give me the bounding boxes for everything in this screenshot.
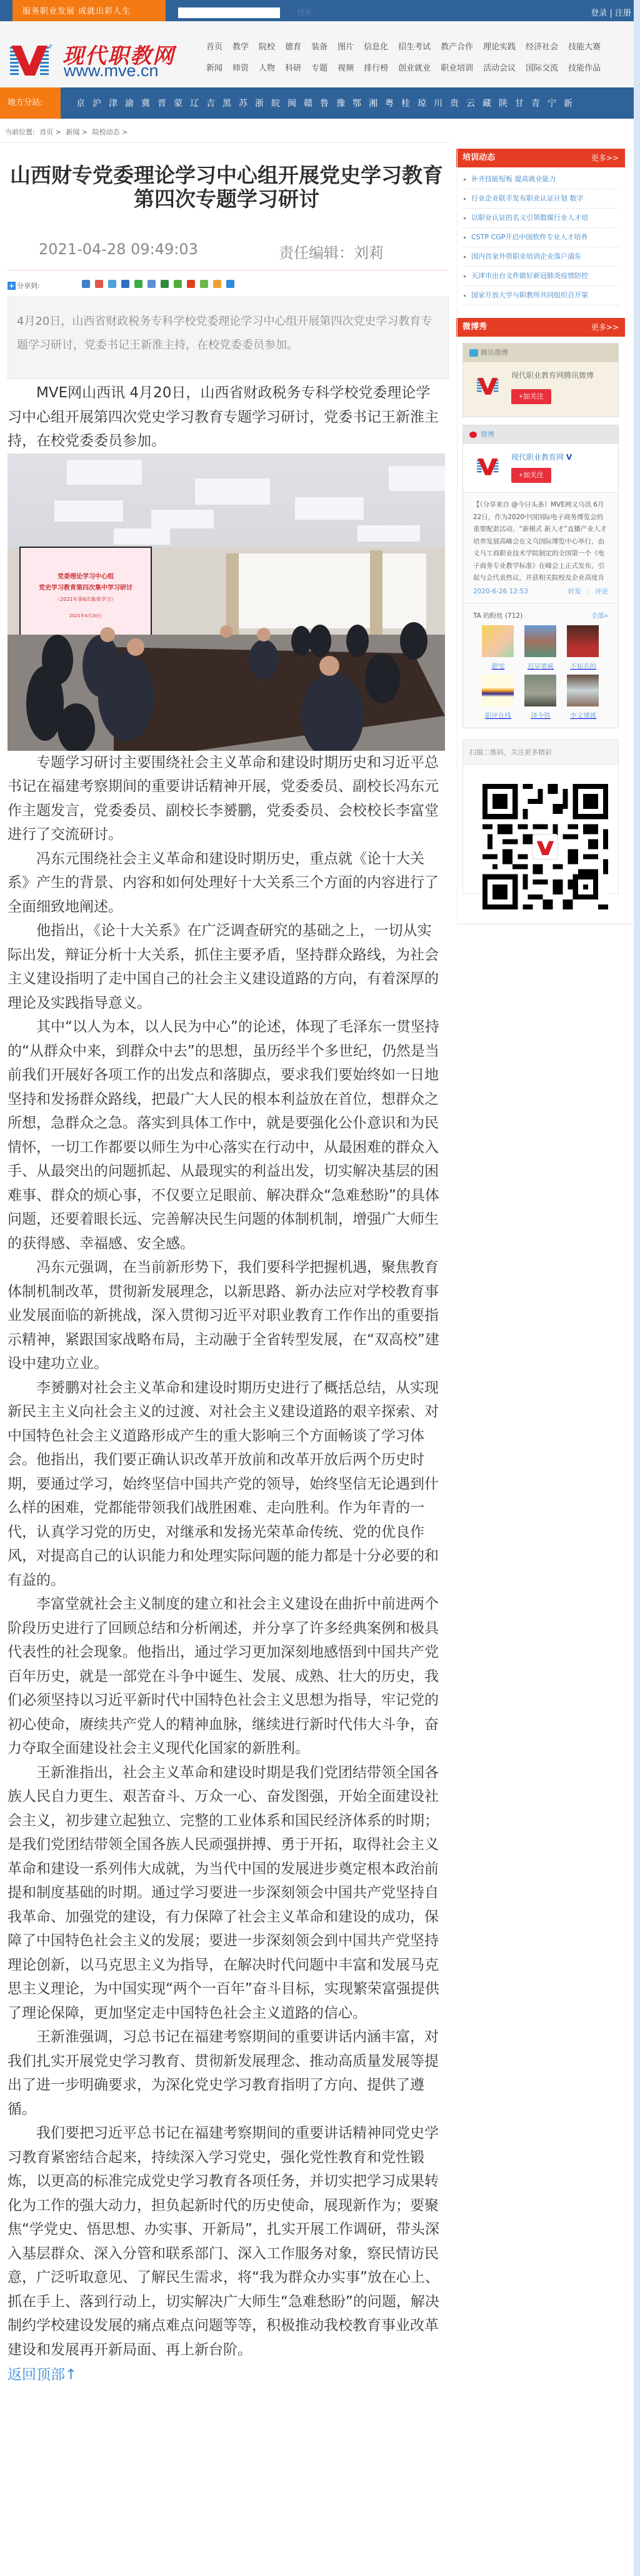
sina-weibo-head: 微博 [463, 425, 618, 444]
breadcrumb-home[interactable]: 首页 [39, 128, 53, 136]
region-link[interactable]: 渝 [125, 97, 134, 109]
fan-name: 迟早要疯 [527, 663, 554, 670]
fan-item[interactable]: 迟早要疯 [524, 625, 557, 671]
article-paragraph: 冯东元围绕社会主义革命和建设时期历史，重点就《论十大关系》产生的背景、内容和如何… [7, 847, 442, 919]
article-paragraph: 专题学习研讨主要围绕社会主义革命和建设时期历史和习近平总书记在福建考察期间的重要… [7, 751, 442, 847]
region-link[interactable]: 苏 [239, 97, 247, 109]
fan-avatar [524, 625, 556, 657]
nav-item[interactable]: 教产合作 [441, 40, 473, 57]
mve-logo-icon [477, 455, 502, 477]
region-link[interactable]: 京 [76, 97, 85, 109]
nav-item[interactable]: 人物 [259, 61, 275, 79]
fan-avatar [482, 625, 514, 657]
training-header: 培训动态 更多>> [456, 149, 625, 167]
search-button[interactable]: 搜索 [297, 7, 312, 17]
auth-links: 登录 | 注册 [591, 6, 631, 18]
qr-box: 扫描二维码，关注更多精彩 [462, 740, 619, 894]
fans-header: TA 的粉丝 (712) 全部» [473, 611, 608, 620]
tieba-share-icon[interactable] [147, 280, 156, 288]
nav-item[interactable]: 招生考试 [398, 40, 431, 57]
divider [0, 142, 450, 143]
nav-item[interactable]: 装备 [311, 40, 327, 57]
kaixin-share-icon[interactable] [174, 280, 182, 288]
nav-row-1: 首页 教学 院校 德育 装备 图片 信息化 招生考试 教产合作 理论实践 经济社… [206, 40, 637, 57]
slogan: 服务职业发展 成就出彩人生 [12, 0, 166, 24]
region-link[interactable]: 豫 [336, 97, 345, 109]
tianya-share-icon[interactable] [187, 280, 195, 288]
nav-item[interactable]: 理论实践 [483, 40, 516, 57]
region-link[interactable]: 辽 [190, 97, 199, 109]
region-link[interactable]: 贵 [450, 97, 459, 109]
wechat-share-icon[interactable] [134, 280, 142, 288]
login-link[interactable]: 登录 [591, 9, 607, 18]
region-link[interactable]: 冀 [141, 97, 150, 109]
fan-name: 不知名的 [570, 663, 596, 670]
nav-item[interactable]: 教学 [232, 40, 249, 57]
nav-item[interactable]: 排行榜 [364, 61, 388, 79]
screen-text: 党委理论学习中心组 [57, 572, 114, 580]
training-item[interactable]: 补齐技能短板 提高就业能力 [462, 170, 619, 189]
tencent-weibo-share-icon[interactable] [108, 280, 116, 288]
weibo-post-footer: 2020-6-26 12:53 转发 | 评论 [473, 586, 608, 598]
qr-body [463, 765, 618, 893]
fan-item[interactable]: 职评在线 [482, 675, 514, 720]
training-item[interactable]: 行业企业联手发布职业认证计划 数字 [462, 189, 619, 209]
nav-item[interactable]: 师资 [232, 61, 249, 79]
weibo-share-icon[interactable] [95, 280, 103, 288]
training-item[interactable]: CSTP CGP开启中国软件专业人才培养 [462, 228, 619, 247]
region-link[interactable]: 藏 [482, 97, 491, 109]
fan-avatar [567, 675, 599, 706]
tencent-weibo-platform: 腾讯微博 [481, 344, 508, 362]
region-link[interactable]: 津 [109, 97, 117, 109]
more-share-icon[interactable] [226, 280, 234, 288]
tencent-weibo-card: 腾讯微博 现代职业教育网腾讯微博 +加关注 [462, 343, 619, 417]
register-link[interactable]: 注册 [615, 9, 631, 18]
region-link[interactable]: 甘 [515, 97, 524, 109]
region-link[interactable]: 陕 [499, 97, 507, 109]
logo-m-icon: e [10, 42, 55, 76]
sina-account-name-text: 现代职业教育网 [511, 453, 564, 462]
region-list: 京沪津渝冀晋蒙辽吉黑苏浙皖闽赣鲁豫鄂湘粤桂琼川贵云藏陕甘青宁新 [76, 87, 580, 119]
nav-row-2: 新闻 师资 人物 科研 专题 视频 排行榜 创业就业 职业培训 活动会议 国际交… [206, 61, 637, 79]
fans-all-link[interactable]: 全部» [591, 611, 608, 620]
region-link[interactable]: 新 [564, 97, 572, 109]
tencent-weibo-icon [469, 349, 478, 357]
share-label: 分享到: [17, 280, 40, 290]
training-item[interactable]: 以职业认证的名义引领数媒行业人才培 [462, 209, 619, 228]
fan-item[interactable]: 李文博就 [567, 675, 599, 720]
article-lead: MVE网山西讯 4月20日，山西省财政税务专科学校党委理论学习中心组开展第四次党… [7, 381, 442, 453]
fan-avatar [524, 675, 556, 706]
region-link[interactable]: 蒙 [174, 97, 182, 109]
fans-grid: 肥雯 迟早要疯 不知名的 [473, 625, 608, 720]
weibo-more-link[interactable]: 更多>> [591, 318, 619, 337]
training-item[interactable]: 天津市出台文件做好新冠肺炎疫情防控 [462, 267, 619, 286]
tencent-follow-button[interactable]: +加关注 [511, 389, 551, 404]
region-link[interactable]: 浙 [255, 97, 264, 109]
region-link[interactable]: 青 [531, 97, 540, 109]
qr-caption: 扫描二维码，关注更多精彩 [463, 740, 618, 765]
region-link[interactable]: 粤 [385, 97, 394, 109]
sina-account-name[interactable]: 现代职业教育网 V [511, 452, 572, 462]
publish-date: 2021-04-28 09:49:03 [39, 240, 198, 258]
breadcrumb-sep: > [56, 128, 61, 136]
auth-separator: | [609, 9, 612, 18]
nav-item[interactable]: 信息化 [364, 40, 388, 57]
svg-text:e: e [49, 42, 52, 50]
nav-item[interactable]: 活动会议 [483, 61, 516, 79]
nav-item[interactable]: 国际交流 [526, 61, 558, 79]
region-link[interactable]: 琼 [417, 97, 426, 109]
sina-weibo-icon [469, 432, 477, 438]
tencent-account-name[interactable]: 现代职业教育网腾讯微博 [511, 370, 594, 380]
share-bar: + 分享到: [7, 280, 40, 291]
nav-item[interactable]: 经济社会 [526, 40, 558, 57]
main-nav: 首页 教学 院校 德育 装备 图片 信息化 招生考试 教产合作 理论实践 经济社… [206, 40, 637, 82]
article-summary: 4月20日，山西省财政税务专科学校党委理论学习中心组开展第四次党史学习教育专题学… [7, 297, 449, 379]
breadcrumb: 当前位置: 首页 > 新闻 > 院校动态 > [5, 127, 130, 137]
qq-share-icon[interactable] [213, 280, 221, 288]
region-link[interactable]: 黑 [222, 97, 231, 109]
screen-text: 2021年4月20日 [69, 613, 102, 618]
weibo-content: 腾讯微博 现代职业教育网腾讯微博 +加关注 微博 [456, 337, 625, 728]
back-to-top-link[interactable]: 返回顶部↑ [7, 2363, 442, 2387]
qr-code-icon [482, 784, 608, 909]
training-item[interactable]: 国家开放大学与职教所共同组织召开第 [462, 286, 619, 305]
weibo-post-actions: 转发 | 评论 [568, 586, 608, 598]
sina-weibo-platform: 微博 [481, 425, 494, 444]
article-photo: 党委理论学习中心组 党史学习教育第四次集中学习研讨 （2021年第6次集体学习）… [7, 453, 445, 751]
fan-name: 泽令铁 [531, 712, 551, 720]
breadcrumb-school-news[interactable]: 院校动态 [92, 128, 120, 136]
sina-weibo-card: 微博 现代职业教育网 V +加关注 【（分享 [462, 425, 619, 728]
fan-name: 职评在线 [485, 712, 511, 720]
site-header: e 现代职教网 www.mve.cn 首页 教学 院校 德育 装备 图片 信息化… [0, 21, 634, 87]
weibo-header: 微博秀 更多>> [456, 318, 625, 337]
fan-name: 李文博就 [570, 712, 596, 720]
meeting-photo: 党委理论学习中心组 党史学习教育第四次集中学习研讨 （2021年第6次集体学习）… [7, 453, 445, 751]
share-icons [82, 280, 239, 288]
article-title: 山西财专党委理论学习中心组开展党史学习教育第四次专题学习研讨 [6, 164, 447, 211]
breadcrumb-sep: > [122, 128, 127, 136]
renren-share-icon[interactable] [121, 280, 129, 288]
nav-item[interactable]: 创业就业 [398, 61, 431, 79]
weibo-title: 微博秀 [462, 322, 487, 332]
divider [7, 270, 448, 270]
region-bar: 地方分站: 京沪津渝冀晋蒙辽吉黑苏浙皖闽赣鲁豫鄂湘粤桂琼川贵云藏陕甘青宁新 [0, 87, 634, 119]
qzone-share-icon[interactable] [82, 280, 90, 288]
action-separator: | [587, 588, 589, 595]
article-paragraph: 李富堂就社会主义制度的建立和社会主义建设在曲折中前进两个阶段历史进行了回顾总结和… [7, 1592, 442, 1761]
sina-follow-button[interactable]: +加关注 [511, 468, 551, 483]
douban-share-icon[interactable] [161, 280, 169, 288]
fan-item[interactable]: 不知名的 [567, 625, 599, 671]
region-link[interactable]: 赣 [304, 97, 312, 109]
region-label: 地方分站: [0, 87, 61, 119]
nav-item[interactable]: 德育 [285, 40, 301, 57]
tencent-weibo-body: 现代职业教育网腾讯微博 +加关注 [463, 362, 618, 417]
training-item[interactable]: 国内首家外资职业培训企业落户浦东 [462, 247, 619, 267]
region-link[interactable]: 云 [466, 97, 475, 109]
article-body: MVE网山西讯 4月20日，山西省财政税务专科学校党委理论学习中心组开展第四次党… [7, 381, 442, 2387]
nav-item[interactable]: 职业培训 [441, 61, 473, 79]
logo-text-en: www.mve.cn [64, 61, 159, 81]
region-link[interactable]: 湘 [369, 97, 377, 109]
article-paragraph: 王新淮强调，习总书记在福建考察期间的重要讲话内涵丰富，对我们扎实开展党史学习教育… [7, 2025, 442, 2121]
nav-item[interactable]: 首页 [206, 40, 222, 57]
editor: 责任编辑：刘莉 [279, 240, 384, 262]
fan-name: 肥雯 [492, 663, 505, 670]
mve-logo-icon [477, 375, 502, 396]
breadcrumb-sep: > [82, 128, 87, 136]
article-paragraph: 我们要把习近平总书记在福建考察期间的重要讲话精神同党史学习教育紧密结合起来，持续… [7, 2121, 442, 2362]
nav-item[interactable]: 技能作品 [568, 61, 601, 79]
weibo-post-text: 【（分享来自 @今日头条）MVE网义乌讯 6月22日，作为2020中国国际电子商… [473, 499, 608, 585]
nav-item[interactable]: 专题 [311, 61, 327, 79]
verified-icon: V [566, 453, 572, 462]
article-paragraph: 李赟鹏对社会主义革命和建设时期历史进行了概括总结，从实现新民主主义向社会主义的过… [7, 1376, 442, 1593]
training-list: 补齐技能短板 提高就业能力 行业企业联手发布职业认证计划 数字 以职业认证的名义… [456, 167, 625, 305]
weibo-box: 微博秀 更多>> 腾讯微博 现代职业教育网腾讯微博 +加关注 [456, 318, 625, 728]
article-paragraph: 冯东元强调，在当前新形势下，我们要科学把握机遇，聚焦教育体制机制改革，贯彻新发展… [7, 1256, 442, 1376]
fan-avatar [567, 625, 599, 657]
photo-share-icon[interactable] [200, 280, 208, 288]
weibo-post: 【（分享来自 @今日头条）MVE网义乌讯 6月22日，作为2020中国国际电子商… [463, 492, 618, 603]
region-link[interactable]: 鲁 [320, 97, 329, 109]
region-link[interactable]: 鄂 [352, 97, 361, 109]
nav-item[interactable]: 院校 [259, 40, 275, 57]
page: 服务职业发展 成就出彩人生 搜索 登录 | 注册 e [0, 0, 634, 2576]
repost-link[interactable]: 转发 [568, 588, 581, 595]
nav-item[interactable]: 图片 [337, 40, 354, 57]
breadcrumb-news[interactable]: 新闻 [66, 128, 79, 136]
screen-text: 党史学习教育第四次集中学习研讨 [39, 583, 132, 592]
fan-item[interactable]: 泽令铁 [524, 675, 557, 720]
sidebar: 培训动态 更多>> 补齐技能短板 提高就业能力 行业企业联手发布职业认证计划 数… [456, 144, 625, 894]
nav-item[interactable]: 视频 [337, 61, 354, 79]
training-box: 培训动态 更多>> 补齐技能短板 提高就业能力 行业企业联手发布职业认证计划 数… [456, 149, 625, 305]
region-link[interactable]: 吉 [206, 97, 215, 109]
top-bar: 服务职业发展 成就出彩人生 搜索 登录 | 注册 [0, 0, 634, 21]
site-logo[interactable]: e 现代职教网 www.mve.cn [10, 39, 185, 77]
sina-weibo-body: 现代职业教育网 V +加关注 [463, 444, 618, 492]
share-plus-icon[interactable]: + [7, 282, 16, 290]
training-title: 培训动态 [462, 153, 495, 162]
tencent-weibo-head: 腾讯微博 [463, 344, 618, 362]
region-link[interactable]: 闽 [287, 97, 296, 109]
fan-avatar [482, 675, 514, 706]
region-link[interactable]: 宁 [547, 97, 556, 109]
training-more-link[interactable]: 更多>> [591, 149, 619, 167]
region-link[interactable]: 川 [434, 97, 442, 109]
screen-text: （2021年第6次集体学习） [55, 596, 116, 602]
fan-item[interactable]: 肥雯 [482, 625, 514, 671]
region-link[interactable]: 桂 [401, 97, 410, 109]
weibo-post-time[interactable]: 2020-6-26 12:53 [473, 586, 528, 598]
nav-item[interactable]: 技能大赛 [568, 40, 601, 57]
region-link[interactable]: 沪 [92, 97, 101, 109]
region-link[interactable]: 晋 [157, 97, 166, 109]
nav-item[interactable]: 科研 [285, 61, 301, 79]
search-input[interactable] [178, 7, 280, 18]
fans-label: TA 的粉丝 (712) [473, 611, 522, 620]
article-paragraph: 王新淮指出，社会主义革命和建设时期是我们党团结带领全国各族人民自力更生、艰苦奋斗… [7, 1761, 442, 2026]
article-paragraph: 他指出，《论十大关系》在广泛调查研究的基础之上，一切从实际出发，辩证分析十大关系… [7, 919, 442, 1015]
comment-link[interactable]: 评论 [595, 588, 608, 595]
breadcrumb-label: 当前位置: [5, 128, 35, 136]
region-link[interactable]: 皖 [271, 97, 280, 109]
fans-section: TA 的粉丝 (712) 全部» 肥雯 迟早要疯 [463, 603, 618, 728]
nav-item[interactable]: 新闻 [206, 61, 222, 79]
article-paragraph: 其中“以人为本，以人民为中心”的论述，体现了毛泽东一贯坚持的“从群众中来，到群众… [7, 1015, 442, 1256]
